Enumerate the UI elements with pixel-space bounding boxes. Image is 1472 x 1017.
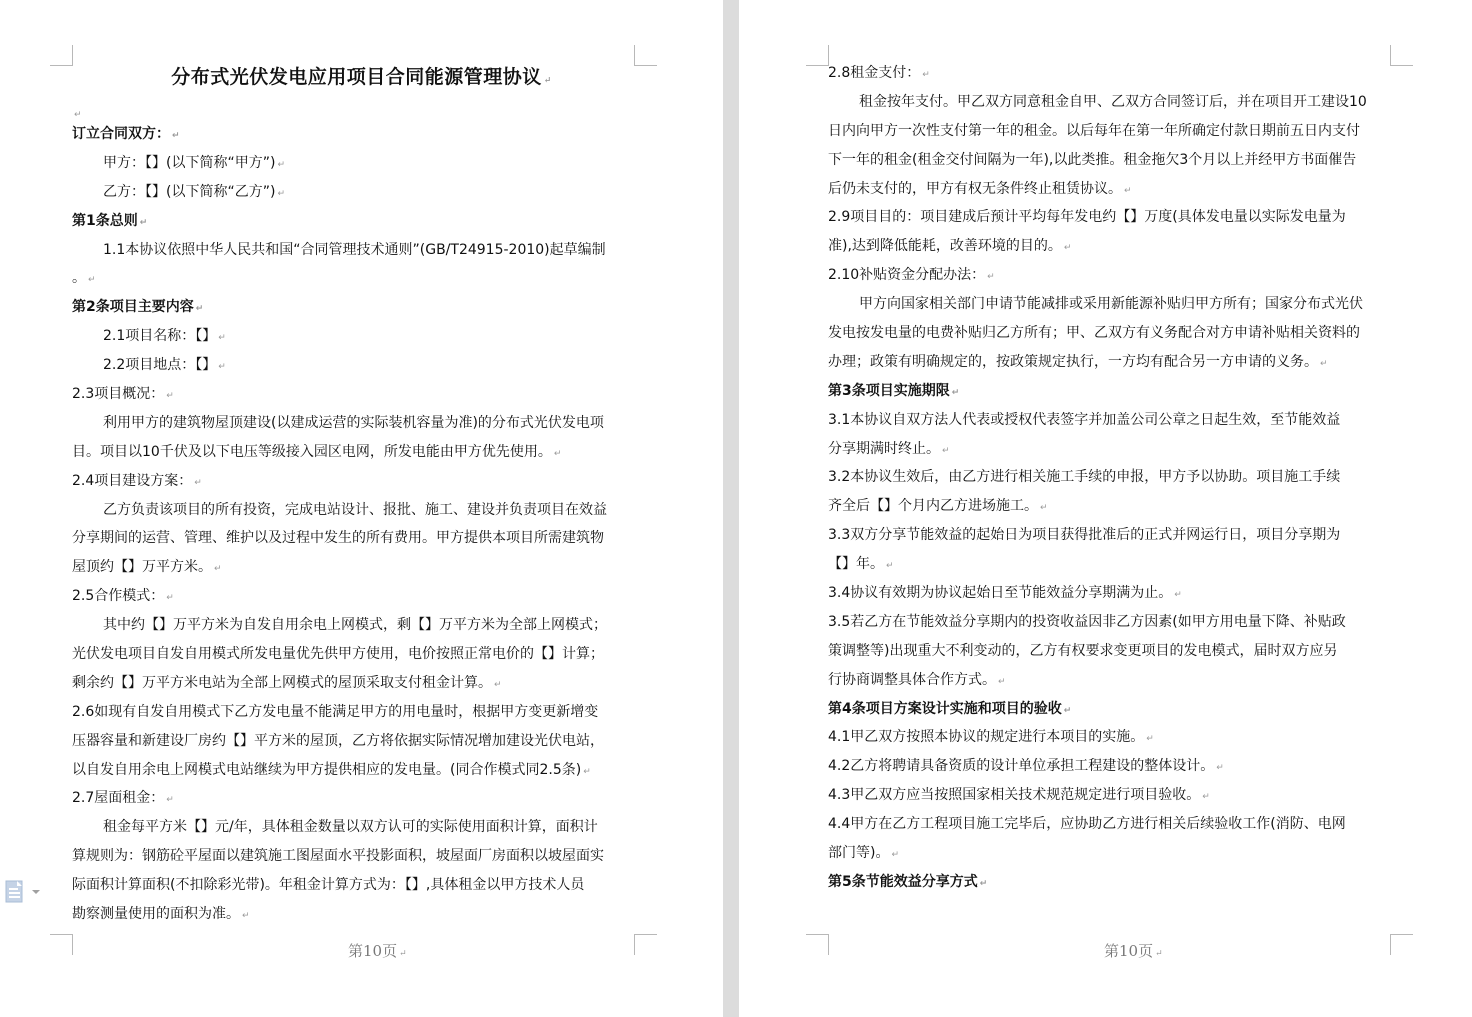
paragraph-line: 勘察测量使用的面积为准。↵ (72, 900, 637, 929)
line-text: 4.4甲方在乙方工程项目施工完毕后，应协助乙方进行相关后续验收工作(消防、电网 (828, 816, 1346, 832)
paragraph-mark: ↵ (1064, 243, 1072, 253)
line-text: 3.3双方分享节能效益的起始日为项目获得批准后的正式并网运行日，项目分享期为 (828, 527, 1340, 543)
line-text: 目。项目以10千伏及以下电压等级接入园区电网，所发电能由甲方优先使用。 (72, 444, 552, 460)
paragraph-mark: ↵ (88, 275, 96, 285)
paragraph-mark: ↵ (1146, 734, 1154, 744)
line-text: 3.5若乙方在节能效益分享期内的投资收益因非乙方因素(如甲方用电量下降、补贴政 (828, 614, 1346, 630)
line-text: 2.5合作模式： (72, 588, 164, 604)
line-text: 2.7屋面租金： (72, 790, 164, 806)
paragraph-line: 2.4项目建设方案：↵ (72, 467, 637, 496)
paragraph-line: 租金按年支付。甲乙双方同意租金自甲、乙双方合同签订后，并在项目开工建设10 (828, 88, 1393, 117)
line-text: 准),达到降低能耗，改善环境的目的。 (828, 238, 1062, 254)
line-text: 租金每平方米【】元/年，具体租金数量以双方认可的实际使用面积计算，面积计 (103, 819, 598, 835)
paragraph-mark: ↵ (891, 850, 899, 860)
line-text: 第4条项目方案设计实施和项目的验收 (828, 701, 1062, 717)
line-text: 第5条节能效益分享方式 (828, 874, 978, 890)
section-heading: 第1条总则↵ (72, 207, 637, 236)
line-text: 2.6如现有自发自用模式下乙方发电量不能满足甲方的用电量时，根据甲方变更新增变 (72, 704, 598, 720)
paragraph-line: 发电按发电量的电费补贴归乙方所有；甲、乙双方有义务配合对方申请补贴相关资料的 (828, 319, 1393, 348)
line-text: 分享期间的运营、管理、维护以及过程中发生的所有费用。甲方提供本项目所需建筑物 (72, 530, 604, 546)
paragraph-line: 3.1本协议自双方法人代表或授权代表签字并加盖公司公章之日起生效，至节能效益 (828, 406, 1393, 435)
line-text: 2.2项目地点：【】 (103, 357, 216, 373)
paragraph-line: 下一年的租金(租金交付间隔为一年),以此类推。租金拖欠3个月以上并经甲方书面催告 (828, 146, 1393, 175)
paragraph-line: 。↵ (72, 264, 637, 293)
page-gutter (723, 0, 739, 1017)
paragraph-mark: ↵ (140, 218, 148, 228)
line-text: 勘察测量使用的面积为准。 (72, 906, 240, 922)
paragraph-line: 策调整等)出现重大不利变动的，乙方有权要求变更项目的发电模式，届时双方应另 (828, 637, 1393, 666)
paragraph-mark: ↵ (980, 879, 988, 889)
line-text: 行协商调整具体合作方式。 (828, 672, 996, 688)
document-title-text: 分布式光伏发电应用项目合同能源管理协议 (171, 66, 542, 88)
paragraph-line: 2.7屋面租金：↵ (72, 784, 637, 813)
paragraph-line: 3.5若乙方在节能效益分享期内的投资收益因非乙方因素(如甲方用电量下降、补贴政 (828, 608, 1393, 637)
paragraph-line: 屋顶约【】万平方米。↵ (72, 553, 637, 582)
line-text: 甲方向国家相关部门申请节能减排或采用新能源补贴归甲方所有；国家分布式光伏 (859, 296, 1363, 312)
line-text: 2.8租金支付： (828, 65, 920, 81)
page-number: 第10页 (348, 942, 397, 960)
paragraph-line: 2.8租金支付：↵ (828, 59, 1393, 88)
paragraph-line: 利用甲方的建筑物屋顶建设(以建成运营的实际装机容量为准)的分布式光伏发电项 (72, 409, 637, 438)
paragraph-line: 2.1项目名称：【】↵ (72, 322, 637, 351)
line-text: 2.10补贴资金分配办法： (828, 267, 985, 283)
page-footer: 第10页↵ (348, 940, 407, 961)
paragraph-line: 2.5合作模式：↵ (72, 582, 637, 611)
paragraph-mark: ↵ (886, 561, 894, 571)
paragraph-mark: ↵ (166, 593, 174, 603)
paragraph-mark: ↵ (166, 391, 174, 401)
paragraph-mark: ↵ (1124, 186, 1132, 196)
line-text: 压器容量和新建设厂房约【】平方米的屋顶，乙方将依据实际情况增加建设光伏电站， (72, 733, 604, 749)
line-text: 际面积计算面积(不扣除彩光带)。年租金计算方式为：【】,具体租金以甲方技术人员 (72, 877, 584, 893)
paragraph-mark: ↵ (1202, 792, 1210, 802)
paragraph-line: 其中约【】万平方米为自发自用余电上网模式，剩【】万平方米为全部上网模式； (72, 611, 637, 640)
paragraph-line: 剩余约【】万平方米电站为全部上网模式的屋顶采取支付租金计算。↵ (72, 669, 637, 698)
paragraph-line: 4.2乙方将聘请具备资质的设计单位承担工程建设的整体设计。↵ (828, 752, 1393, 781)
paragraph-line: 办理；政策有明确规定的，按政策规定执行，一方均有配合另一方申请的义务。↵ (828, 348, 1393, 377)
paragraph-mark: ↵ (214, 564, 222, 574)
line-text: 【】年。 (828, 556, 884, 572)
paragraph-mark: ↵ (922, 70, 930, 80)
paragraph-mark: ↵ (1174, 590, 1182, 600)
document-title: 分布式光伏发电应用项目合同能源管理协议↵ (0, 62, 723, 89)
section-heading: 订立合同双方：↵ (72, 120, 637, 149)
line-text: 分享期满时终止。 (828, 441, 940, 457)
page-number: 第10页 (1104, 942, 1153, 960)
paragraph-line: 行协商调整具体合作方式。↵ (828, 666, 1393, 695)
line-text: 。 (72, 270, 86, 286)
paragraph-line: 目。项目以10千伏及以下电压等级接入园区电网，所发电能由甲方优先使用。↵ (72, 438, 637, 467)
line-text: 4.1甲乙双方按照本协议的规定进行本项目的实施。 (828, 729, 1144, 745)
line-text: 第2条项目主要内容 (72, 299, 194, 315)
document-page-left[interactable]: 分布式光伏发电应用项目合同能源管理协议↵ ↵ 订立合同双方：↵甲方：【】(以下简… (0, 0, 723, 1017)
line-text: 利用甲方的建筑物屋顶建设(以建成运营的实际装机容量为准)的分布式光伏发电项 (103, 415, 604, 431)
page-body-text[interactable]: 订立合同双方：↵甲方：【】(以下简称“甲方”)↵乙方：【】(以下简称“乙方”)↵… (72, 120, 637, 929)
page-footer: 第10页↵ (1104, 940, 1163, 961)
document-page-right[interactable]: 2.8租金支付：↵租金按年支付。甲乙双方同意租金自甲、乙双方合同签订后，并在项目… (739, 0, 1472, 1017)
paragraph-line: 齐全后【】个月内乙方进场施工。↵ (828, 492, 1393, 521)
paragraph-line: 2.10补贴资金分配办法：↵ (828, 261, 1393, 290)
paragraph-mark: ↵ (1320, 359, 1328, 369)
line-text: 2.4项目建设方案： (72, 473, 192, 489)
paragraph-line: 后仍未支付的，甲方有权无条件终止租赁协议。↵ (828, 175, 1393, 204)
paragraph-line: 分享期满时终止。↵ (828, 435, 1393, 464)
line-text: 发电按发电量的电费补贴归乙方所有；甲、乙双方有义务配合对方申请补贴相关资料的 (828, 325, 1360, 341)
paragraph-mark: ↵ (554, 449, 562, 459)
paragraph-line: 部门等)。↵ (828, 839, 1393, 868)
line-text: 第1条总则 (72, 213, 138, 229)
paragraph-mark: ↵ (277, 189, 285, 199)
line-text: 以自发自用余电上网模式电站继续为甲方提供相应的发电量。(同合作模式同2.5条) (72, 762, 581, 778)
paragraph-line: 乙方：【】(以下简称“乙方”)↵ (72, 178, 637, 207)
paragraph-mark: ↵ (218, 362, 226, 372)
paragraph-line: 4.3甲乙双方应当按照国家相关技术规范规定进行项目验收。↵ (828, 781, 1393, 810)
paragraph-line: 2.6如现有自发自用模式下乙方发电量不能满足甲方的用电量时，根据甲方变更新增变 (72, 698, 637, 727)
paragraph-line: 租金每平方米【】元/年，具体租金数量以双方认可的实际使用面积计算，面积计 (72, 813, 637, 842)
paragraph-mark: ↵ (942, 446, 950, 456)
page-body-text[interactable]: 2.8租金支付：↵租金按年支付。甲乙双方同意租金自甲、乙双方合同签订后，并在项目… (828, 59, 1393, 897)
paragraph-line: 日内向甲方一次性支付第一年的租金。以后每年在第一年所确定付款日期前五日内支付 (828, 117, 1393, 146)
paragraph-line: 甲方向国家相关部门申请节能减排或采用新能源补贴归甲方所有；国家分布式光伏 (828, 290, 1393, 319)
line-text: 第3条项目实施期限 (828, 383, 950, 399)
paragraph-mark: ↵ (242, 911, 250, 921)
line-text: 2.3项目概况： (72, 386, 164, 402)
paragraph-line: 4.1甲乙双方按照本协议的规定进行本项目的实施。↵ (828, 723, 1393, 752)
line-text: 屋顶约【】万平方米。 (72, 559, 212, 575)
paragraph-mark: ↵ (1155, 949, 1163, 959)
paragraph-mark: ↵ (1040, 503, 1048, 513)
paragraph-line: 分享期间的运营、管理、维护以及过程中发生的所有费用。甲方提供本项目所需建筑物 (72, 524, 637, 553)
paragraph-mark: ↵ (544, 76, 552, 86)
section-heading: 第5条节能效益分享方式↵ (828, 868, 1393, 897)
line-text: 租金按年支付。甲乙双方同意租金自甲、乙双方合同签订后，并在项目开工建设10 (859, 94, 1367, 110)
crop-mark-top-left (806, 45, 829, 66)
section-heading: 第4条项目方案设计实施和项目的验收↵ (828, 695, 1393, 724)
paragraph-mark: ↵ (583, 767, 591, 777)
line-text: 乙方负责该项目的所有投资，完成电站设计、报批、施工、建设并负责项目在效益 (103, 502, 607, 518)
line-text: 3.1本协议自双方法人代表或授权代表签字并加盖公司公章之日起生效，至节能效益 (828, 412, 1340, 428)
line-text: 齐全后【】个月内乙方进场施工。 (828, 498, 1038, 514)
paragraph-line: 际面积计算面积(不扣除彩光带)。年租金计算方式为：【】,具体租金以甲方技术人员 (72, 871, 637, 900)
paragraph-mark: ↵ (218, 333, 226, 343)
line-text: 2.1项目名称：【】 (103, 328, 216, 344)
paragraph-mark: ↵ (194, 478, 202, 488)
line-text: 甲方：【】(以下简称“甲方”) (103, 155, 275, 171)
paragraph-line: 3.3双方分享节能效益的起始日为项目获得批准后的正式并网运行日，项目分享期为 (828, 521, 1393, 550)
section-heading: 第2条项目主要内容↵ (72, 293, 637, 322)
paragraph-line: 2.2项目地点：【】↵ (72, 351, 637, 380)
section-heading: 第3条项目实施期限↵ (828, 377, 1393, 406)
crop-mark-bottom-right (634, 934, 657, 955)
line-text: 日内向甲方一次性支付第一年的租金。以后每年在第一年所确定付款日期前五日内支付 (828, 123, 1360, 139)
paragraph-line: 2.9项目目的：项目建成后预计平均每年发电约【】万度(具体发电量以实际发电量为 (828, 203, 1393, 232)
line-text: 3.4协议有效期为协议起始日至节能效益分享期满为止。 (828, 585, 1172, 601)
paragraph-mark: ↵ (277, 160, 285, 170)
crop-mark-bottom-right (1390, 934, 1413, 955)
line-text: 光伏发电项目自发自用模式所发电量优先供甲方使用，电价按照正常电价的【】计算； (72, 646, 604, 662)
line-text: 剩余约【】万平方米电站为全部上网模式的屋顶采取支付租金计算。 (72, 675, 492, 691)
paragraph-line: 3.2本协议生效后，由乙方进行相关施工手续的申报，甲方予以协助。项目施工手续 (828, 463, 1393, 492)
line-text: 乙方：【】(以下简称“乙方”) (103, 184, 275, 200)
line-text: 其中约【】万平方米为自发自用余电上网模式，剩【】万平方米为全部上网模式； (103, 617, 607, 633)
crop-mark-bottom-left (50, 934, 73, 955)
paragraph-line: 算规则为：钢筋砼平屋面以建筑施工图屋面水平投影面积，坡屋面厂房面积以坡屋面实 (72, 842, 637, 871)
paragraph-mark: ↵ (952, 388, 960, 398)
paragraph-line: 压器容量和新建设厂房约【】平方米的屋顶，乙方将依据实际情况增加建设光伏电站， (72, 727, 637, 756)
paragraph-mark: ↵ (987, 272, 995, 282)
paragraph-line: 甲方：【】(以下简称“甲方”)↵ (72, 149, 637, 178)
paragraph-line: 乙方负责该项目的所有投资，完成电站设计、报批、施工、建设并负责项目在效益 (72, 496, 637, 525)
line-text: 部门等)。 (828, 845, 889, 861)
paragraph-line: 4.4甲方在乙方工程项目施工完毕后，应协助乙方进行相关后续验收工作(消防、电网 (828, 810, 1393, 839)
document-options-icon[interactable] (4, 879, 44, 905)
paragraph-mark: ↵ (1064, 706, 1072, 716)
paragraph-mark: ↵ (166, 795, 174, 805)
paragraph-mark: ↵ (196, 304, 204, 314)
paragraph-mark: ↵ (74, 110, 82, 120)
paragraph-line: 2.3项目概况：↵ (72, 380, 637, 409)
line-text: 下一年的租金(租金交付间隔为一年),以此类推。租金拖欠3个月以上并经甲方书面催告 (828, 152, 1356, 168)
empty-paragraph: ↵ (72, 102, 82, 121)
paragraph-line: 【】年。↵ (828, 550, 1393, 579)
line-text: 1.1本协议依照中华人民共和国“合同管理技术通则”(GB/T24915-2010… (103, 242, 606, 258)
paragraph-mark: ↵ (998, 677, 1006, 687)
paragraph-line: 以自发自用余电上网模式电站继续为甲方提供相应的发电量。(同合作模式同2.5条)↵ (72, 756, 637, 785)
paragraph-mark: ↵ (172, 131, 180, 141)
paragraph-line: 1.1本协议依照中华人民共和国“合同管理技术通则”(GB/T24915-2010… (72, 236, 637, 265)
crop-mark-bottom-left (806, 934, 829, 955)
paragraph-line: 3.4协议有效期为协议起始日至节能效益分享期满为止。↵ (828, 579, 1393, 608)
crop-mark-top-right (1390, 45, 1413, 66)
paragraph-line: 准),达到降低能耗，改善环境的目的。↵ (828, 232, 1393, 261)
paragraph-mark: ↵ (1216, 763, 1224, 773)
line-text: 后仍未支付的，甲方有权无条件终止租赁协议。 (828, 181, 1122, 197)
paragraph-mark: ↵ (399, 949, 407, 959)
line-text: 4.3甲乙双方应当按照国家相关技术规范规定进行项目验收。 (828, 787, 1200, 803)
line-text: 策调整等)出现重大不利变动的，乙方有权要求变更项目的发电模式，届时双方应另 (828, 643, 1337, 659)
line-text: 3.2本协议生效后，由乙方进行相关施工手续的申报，甲方予以协助。项目施工手续 (828, 469, 1340, 485)
line-text: 办理；政策有明确规定的，按政策规定执行，一方均有配合另一方申请的义务。 (828, 354, 1318, 370)
line-text: 算规则为：钢筋砼平屋面以建筑施工图屋面水平投影面积，坡屋面厂房面积以坡屋面实 (72, 848, 604, 864)
line-text: 2.9项目目的：项目建成后预计平均每年发电约【】万度(具体发电量以实际发电量为 (828, 209, 1346, 225)
line-text: 4.2乙方将聘请具备资质的设计单位承担工程建设的整体设计。 (828, 758, 1214, 774)
paragraph-mark: ↵ (494, 680, 502, 690)
paragraph-line: 光伏发电项目自发自用模式所发电量优先供甲方使用，电价按照正常电价的【】计算； (72, 640, 637, 669)
line-text: 订立合同双方： (72, 126, 170, 142)
